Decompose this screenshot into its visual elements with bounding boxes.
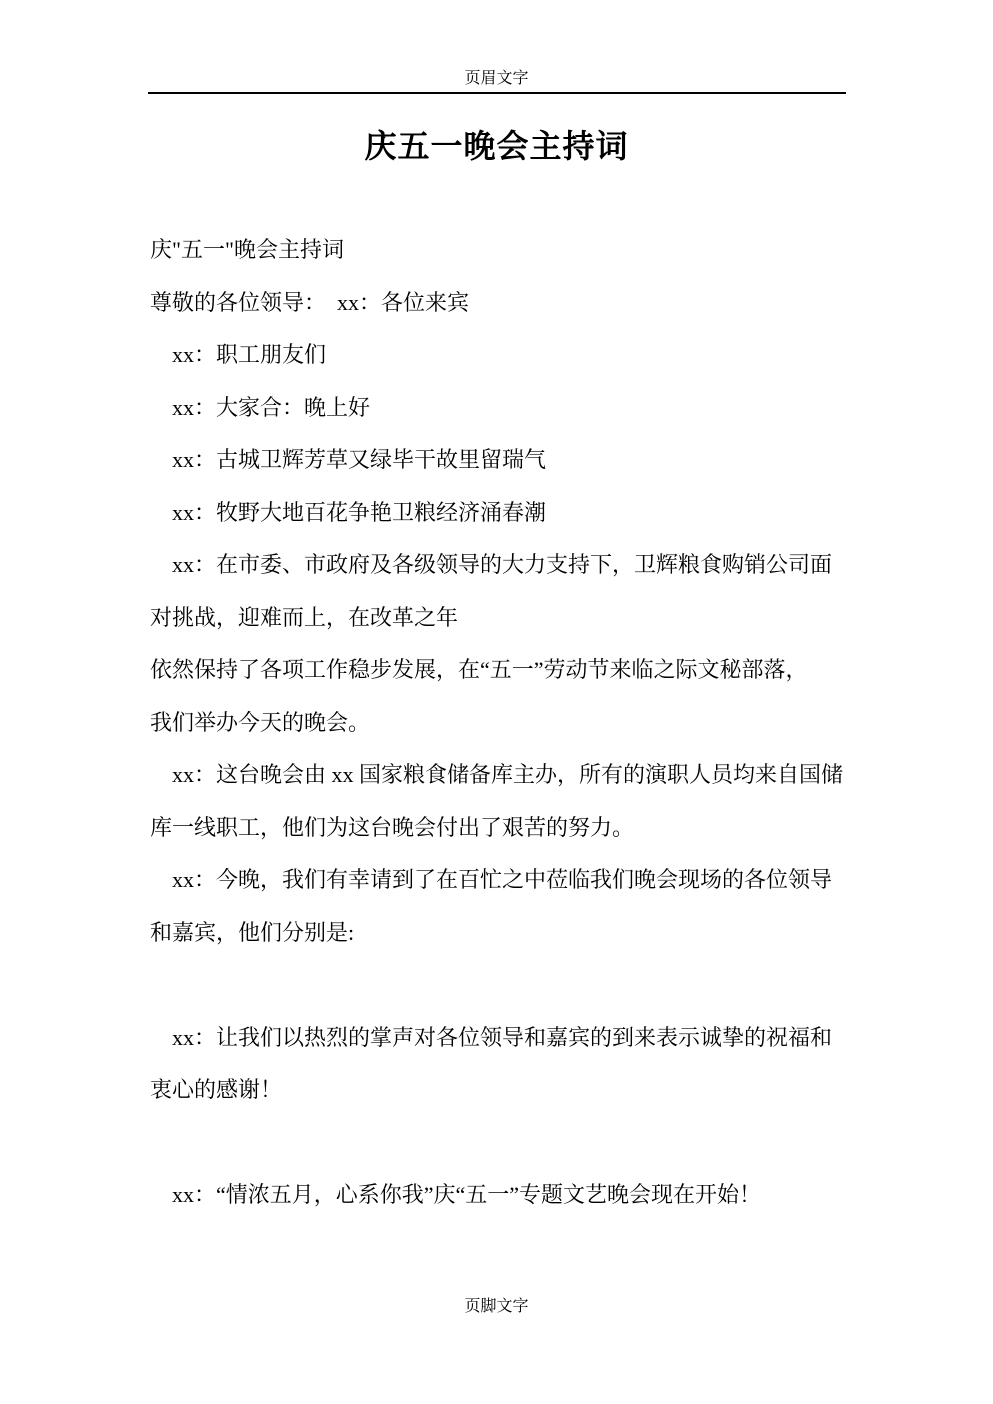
body-line-blank: [150, 1117, 860, 1170]
document-body: 庆"五一"晚会主持词 尊敬的各位领导： xx：各位来宾 xx：职工朋友们 xx：…: [150, 224, 860, 1222]
body-line: 庆"五一"晚会主持词: [150, 224, 860, 277]
document-page: 页眉文字 庆五一晚会主持词 庆"五一"晚会主持词 尊敬的各位领导： xx：各位来…: [0, 0, 993, 1404]
body-line: xx：职工朋友们: [150, 329, 860, 382]
body-line: 库一线职工，他们为这台晚会付出了艰苦的努力。: [150, 802, 860, 855]
body-line: 衷心的感谢！: [150, 1064, 860, 1117]
body-line: 依然保持了各项工作稳步发展，在“五一”劳动节来临之际文秘部落，: [150, 644, 860, 697]
body-line: 尊敬的各位领导： xx：各位来宾: [150, 277, 860, 330]
body-line: xx：今晚，我们有幸请到了在百忙之中莅临我们晚会现场的各位领导: [150, 854, 860, 907]
body-line: xx：这台晚会由 xx 国家粮食储备库主办，所有的演职人员均来自国储: [150, 749, 860, 802]
header-divider-line: [148, 92, 846, 94]
body-line: xx：古城卫辉芳草又绿毕干故里留瑞气: [150, 434, 860, 487]
body-line: xx：大家合：晚上好: [150, 382, 860, 435]
document-title: 庆五一晚会主持词: [0, 127, 993, 165]
body-line: xx：让我们以热烈的掌声对各位领导和嘉宾的到来表示诚挚的祝福和: [150, 1012, 860, 1065]
body-line: xx：牧野大地百花争艳卫粮经济涌春潮: [150, 487, 860, 540]
body-line: xx：在市委、市政府及各级领导的大力支持下，卫辉粮食购销公司面: [150, 539, 860, 592]
body-line-blank: [150, 959, 860, 1012]
page-header-text: 页眉文字: [0, 70, 993, 88]
body-line: xx：“情浓五月，心系你我”庆“五一”专题文艺晚会现在开始！: [150, 1169, 860, 1222]
body-line: 和嘉宾，他们分别是:: [150, 907, 860, 960]
body-line: 对挑战，迎难而上，在改革之年: [150, 592, 860, 645]
page-footer-text: 页脚文字: [0, 1298, 993, 1316]
body-line: 我们举办今天的晚会。: [150, 697, 860, 750]
